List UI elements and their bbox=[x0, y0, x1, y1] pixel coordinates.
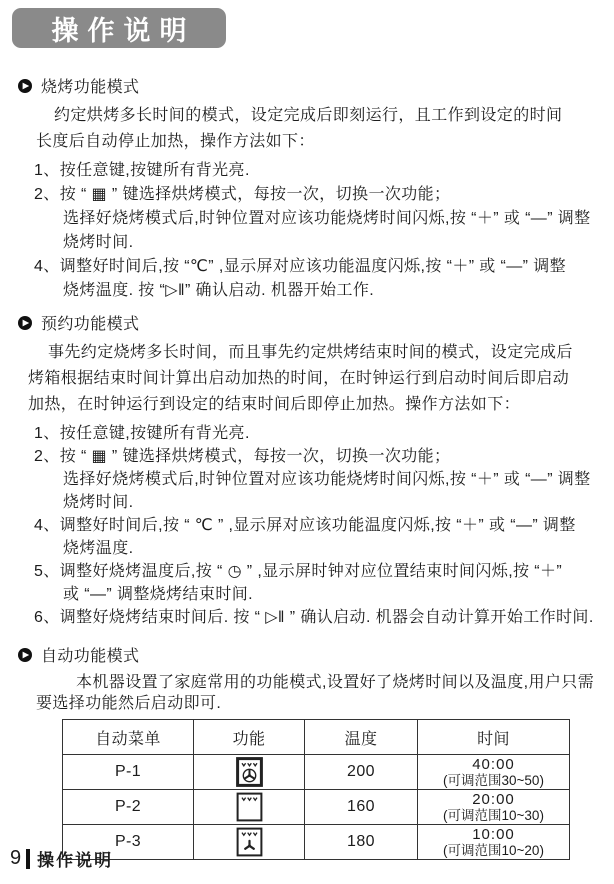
instruction-line: 1、按任意键,按键所有背光亮. bbox=[34, 422, 614, 445]
play-bullet-icon bbox=[18, 316, 32, 330]
page-title-banner: 操作说明 bbox=[12, 8, 226, 48]
paragraph-line: 加热，在时钟运行到设定的结束时间后即停止加热。操作方法如下： bbox=[28, 392, 614, 418]
time-cell: 40:00 (可调范围30~50) bbox=[418, 755, 570, 790]
play-bullet-icon bbox=[18, 79, 32, 93]
play-bullet-icon bbox=[18, 648, 32, 662]
menu-cell: P-1 bbox=[63, 755, 194, 790]
paragraph-line: 本机器设置了家庭常用的功能模式,设置好了烧烤时间以及温度,用户只需 bbox=[36, 672, 614, 693]
time-range: (可调范围30~50) bbox=[418, 773, 569, 788]
instruction-line: 选择好烧烤模式后,时钟位置对应该功能烧烤时间闪烁,按 “＋” 或 “—” 调整 bbox=[34, 468, 614, 491]
oven-top-heat-icon bbox=[236, 792, 263, 822]
instruction-list: 1、按任意键,按键所有背光亮. 2、按 “ ▦ ” 键选择烘烤模式，每按一次，切… bbox=[34, 422, 614, 629]
table-row: P-3 180 10:00 (可调范围10~20) bbox=[63, 825, 570, 860]
function-cell bbox=[194, 825, 305, 860]
page-footer: 9 操作说明 bbox=[10, 846, 113, 871]
menu-cell: P-2 bbox=[63, 790, 194, 825]
time-value: 40:00 bbox=[418, 757, 569, 773]
section-title: 烧烤功能模式 bbox=[41, 74, 139, 97]
column-header-temperature: 温度 bbox=[305, 720, 418, 755]
paragraph-line: 烤箱根据结束时间计算出启动加热的时间，在时钟运行到启动时间后即启动 bbox=[28, 366, 614, 392]
time-value: 20:00 bbox=[418, 792, 569, 808]
instruction-line: 4、调整好时间后,按 “℃” ,显示屏对应该功能温度闪烁,按 “＋” 或 “—”… bbox=[34, 255, 614, 279]
section-auto-mode: 自动功能模式 本机器设置了家庭常用的功能模式,设置好了烧烤时间以及温度,用户只需… bbox=[0, 643, 614, 860]
section-intro: 本机器设置了家庭常用的功能模式,设置好了烧烤时间以及温度,用户只需 要选择功能然… bbox=[36, 672, 614, 714]
instruction-list: 1、按任意键,按键所有背光亮. 2、按 “ ▦ ” 键选择烘烤模式，每按一次，切… bbox=[34, 159, 614, 303]
manual-page: 操作说明 烧烤功能模式 约定烘烤多长时间的模式，设定完成后即刻运行，且工作到设定… bbox=[0, 0, 614, 884]
footer-label: 操作说明 bbox=[37, 846, 113, 871]
paragraph-line: 长度后自动停止加热，操作方法如下： bbox=[36, 129, 614, 155]
table-row: P-2 160 20:00 (可调范围10~30) bbox=[63, 790, 570, 825]
instruction-line: 烧烤时间. bbox=[34, 491, 614, 514]
column-header-function: 功能 bbox=[194, 720, 305, 755]
time-range: (可调范围10~30) bbox=[418, 808, 569, 823]
section-title: 预约功能模式 bbox=[41, 311, 139, 334]
instruction-line: 2、按 “ ▦ ” 键选择烘烤模式，每按一次，切换一次功能； bbox=[34, 183, 614, 207]
footer-divider bbox=[26, 849, 30, 869]
instruction-line: 5、调整好烧烤温度后,按 “ ◷ ” ,显示屏时钟对应位置结束时间闪烁,按 “＋… bbox=[34, 560, 614, 583]
section-intro: 约定烘烤多长时间的模式，设定完成后即刻运行，且工作到设定的时间 长度后自动停止加… bbox=[36, 103, 614, 155]
function-cell bbox=[194, 755, 305, 790]
instruction-line: 烧烤温度. 按 “▷‖” 确认启动. 机器开始工作. bbox=[34, 279, 614, 303]
column-header-time: 时间 bbox=[418, 720, 570, 755]
instruction-line: 4、调整好时间后,按 “ ℃ ” ,显示屏对应该功能温度闪烁,按 “＋” 或 “… bbox=[34, 514, 614, 537]
table-header-row: 自动菜单 功能 温度 时间 bbox=[63, 720, 570, 755]
column-header-menu: 自动菜单 bbox=[63, 720, 194, 755]
instruction-line: 选择好烧烤模式后,时钟位置对应该功能烧烤时间闪烁,按 “＋” 或 “—” 调整 bbox=[34, 207, 614, 231]
function-cell bbox=[194, 790, 305, 825]
instruction-line: 2、按 “ ▦ ” 键选择烘烤模式，每按一次，切换一次功能； bbox=[34, 445, 614, 468]
section-grill-mode: 烧烤功能模式 约定烘烤多长时间的模式，设定完成后即刻运行，且工作到设定的时间 长… bbox=[0, 74, 614, 303]
section-header: 预约功能模式 bbox=[18, 311, 614, 334]
instruction-line: 6、调整好烧烤结束时间后. 按 “ ▷‖ ” 确认启动. 机器会自动计算开始工作… bbox=[34, 606, 614, 629]
page-number: 9 bbox=[10, 847, 21, 870]
instruction-line: 烧烤温度. bbox=[34, 537, 614, 560]
table-row: P-1 200 40:00 (可调范围30~50) bbox=[63, 755, 570, 790]
time-cell: 20:00 (可调范围10~30) bbox=[418, 790, 570, 825]
instruction-line: 或 “—” 调整烧烤结束时间. bbox=[34, 583, 614, 606]
section-header: 烧烤功能模式 bbox=[18, 74, 614, 97]
section-header: 自动功能模式 bbox=[18, 643, 614, 666]
section-title: 自动功能模式 bbox=[41, 643, 139, 666]
instruction-line: 1、按任意键,按键所有背光亮. bbox=[34, 159, 614, 183]
section-intro: 事先约定烧烤多长时间，而且事先约定烘烤结束时间的模式，设定完成后 烤箱根据结束时… bbox=[28, 340, 614, 418]
oven-grill-fan-icon bbox=[236, 827, 263, 857]
paragraph-line: 事先约定烧烤多长时间，而且事先约定烘烤结束时间的模式，设定完成后 bbox=[28, 340, 614, 366]
temperature-cell: 200 bbox=[305, 755, 418, 790]
paragraph-line: 约定烘烤多长时间的模式，设定完成后即刻运行，且工作到设定的时间 bbox=[36, 103, 614, 129]
time-range: (可调范围10~20) bbox=[418, 843, 569, 858]
time-value: 10:00 bbox=[418, 827, 569, 843]
paragraph-line: 要选择功能然后启动即可. bbox=[36, 693, 614, 714]
oven-grill-convection-fan-icon bbox=[236, 757, 263, 787]
auto-menu-table: 自动菜单 功能 温度 时间 P-1 200 bbox=[62, 719, 570, 860]
section-preset-mode: 预约功能模式 事先约定烧烤多长时间，而且事先约定烘烤结束时间的模式，设定完成后 … bbox=[0, 311, 614, 629]
time-cell: 10:00 (可调范围10~20) bbox=[418, 825, 570, 860]
temperature-cell: 180 bbox=[305, 825, 418, 860]
instruction-line: 烧烤时间. bbox=[34, 231, 614, 255]
temperature-cell: 160 bbox=[305, 790, 418, 825]
